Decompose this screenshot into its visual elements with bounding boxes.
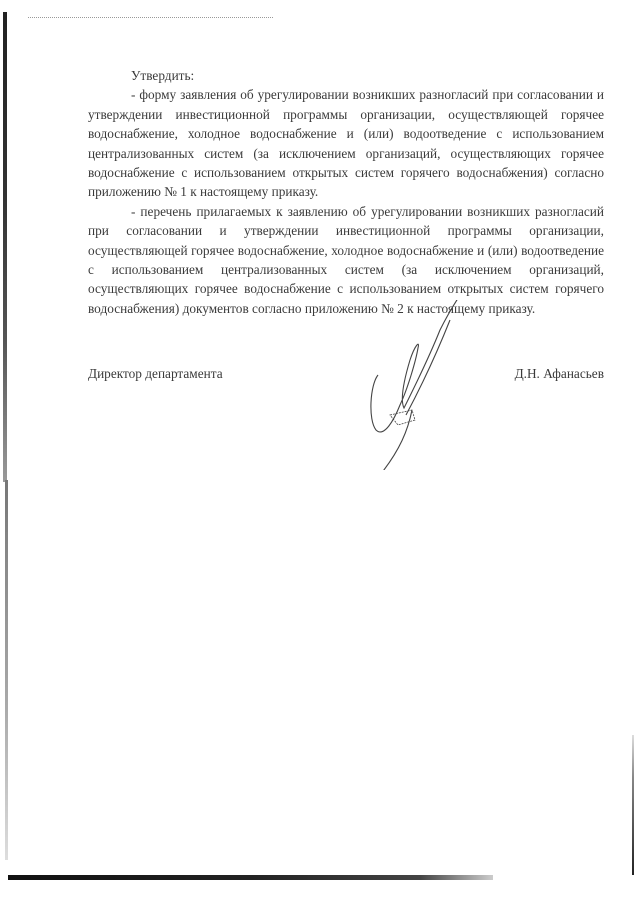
- item-list: - перечень прилагаемых к заявлению об ур…: [88, 202, 604, 318]
- scan-edge-left: [3, 12, 7, 482]
- scan-edge-left-lower: [5, 480, 8, 860]
- scan-edge-bottom: [8, 875, 493, 880]
- handwritten-signature-icon: [360, 300, 480, 470]
- item-form: - форму заявления об урегулировании возн…: [88, 85, 604, 201]
- document-body: Утвердить: - форму заявления об урегулир…: [88, 66, 604, 318]
- approve-heading: Утвердить:: [88, 66, 604, 85]
- signatory-position: Директор департамента: [88, 366, 223, 382]
- scan-edge-top: [28, 17, 273, 19]
- signatory-name: Д.Н. Афанасьев: [515, 366, 604, 382]
- scan-edge-right: [632, 735, 634, 875]
